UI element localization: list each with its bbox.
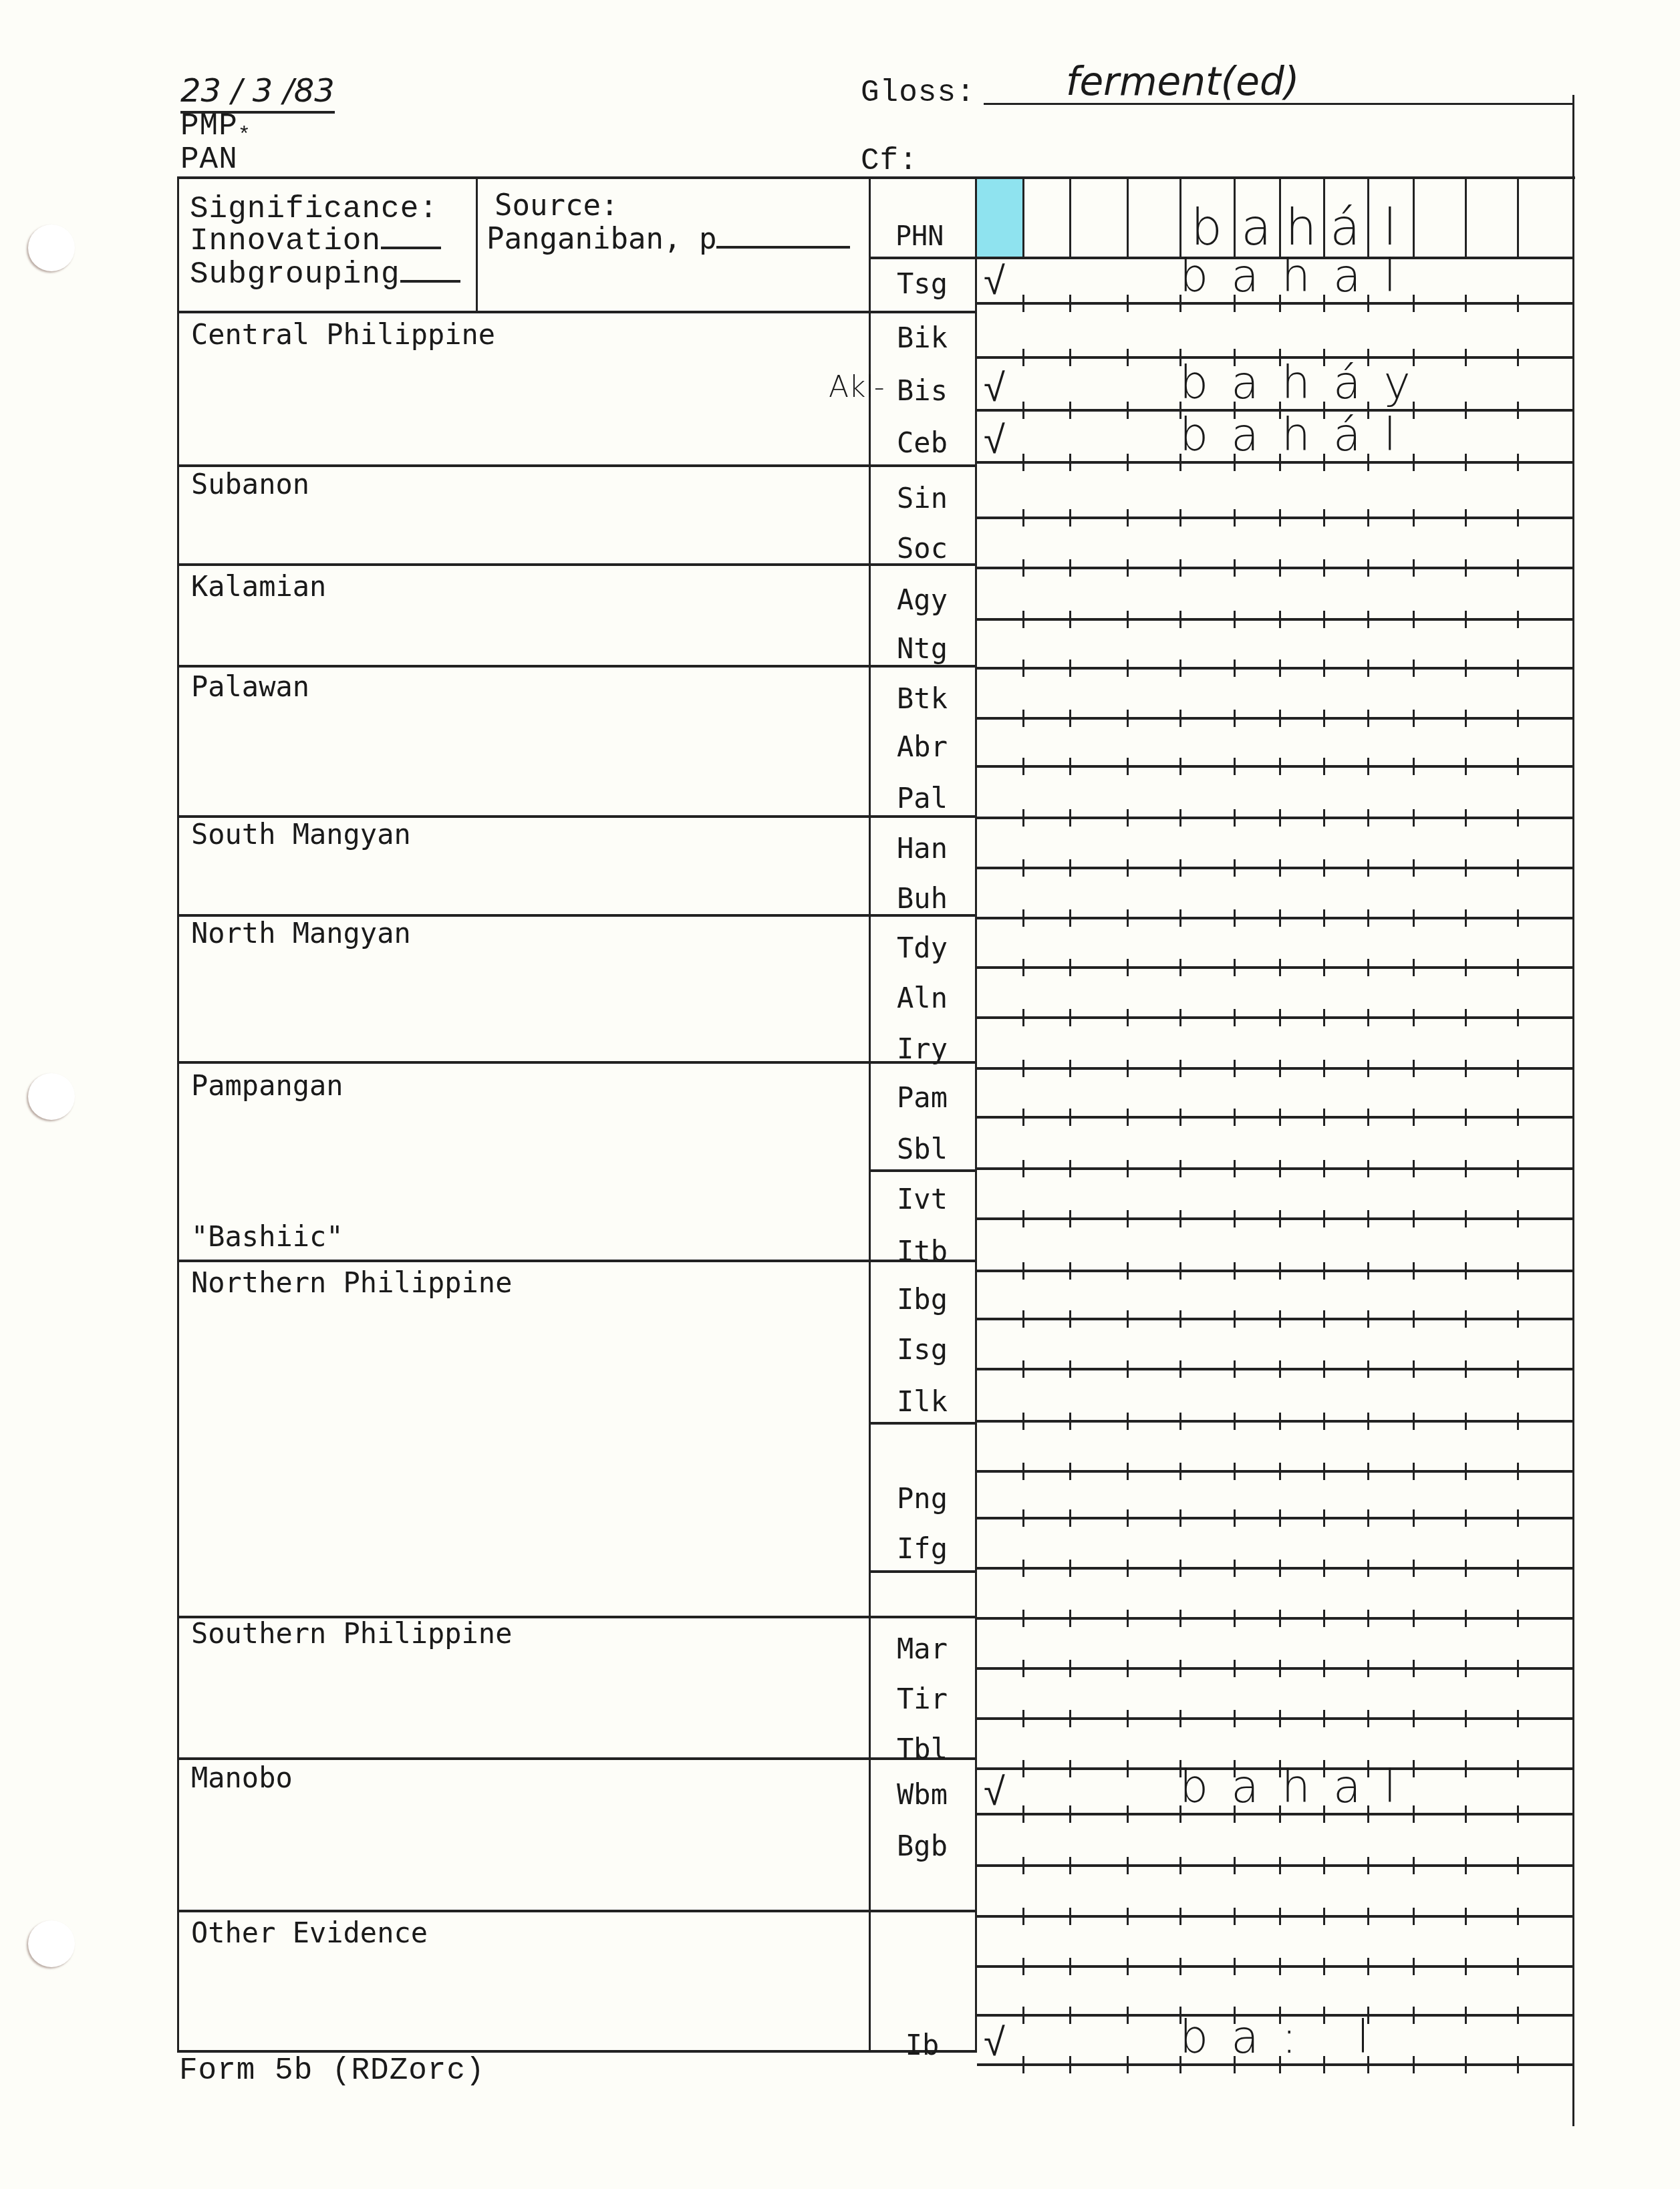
entry-tick bbox=[1323, 809, 1325, 827]
entry-tick bbox=[1413, 611, 1415, 628]
entry-tick bbox=[1069, 1908, 1071, 1925]
entry-tick bbox=[1069, 1509, 1071, 1527]
entry-tick bbox=[1367, 758, 1369, 775]
entry-tick bbox=[1069, 1710, 1071, 1727]
entry-line[interactable] bbox=[977, 1470, 1574, 1473]
entry-tick bbox=[1465, 1060, 1467, 1077]
entry-tick bbox=[1367, 1610, 1369, 1627]
entry-tick bbox=[1367, 809, 1369, 827]
cognate-form[interactable]: bahal bbox=[1179, 1761, 1419, 1813]
section-divider bbox=[177, 464, 975, 467]
entry-tick bbox=[1279, 559, 1281, 577]
entry-tick bbox=[1069, 809, 1071, 827]
entry-tick bbox=[1022, 509, 1024, 527]
section-label: South Mangyan bbox=[191, 818, 411, 851]
entry-tick bbox=[1234, 758, 1236, 775]
entry-tick bbox=[1022, 660, 1024, 677]
entry-tick bbox=[1465, 1463, 1467, 1480]
entry-tick bbox=[1069, 1160, 1071, 1177]
language-abbr: Buh bbox=[870, 882, 974, 915]
subgrouping-blank[interactable] bbox=[400, 280, 460, 283]
subgrouping-label: Subgrouping bbox=[190, 259, 460, 290]
entry-tick bbox=[1517, 1908, 1519, 1925]
entry-tick bbox=[1413, 859, 1415, 877]
entry-tick bbox=[1323, 1710, 1325, 1727]
entry-tick bbox=[1367, 1560, 1369, 1577]
entry-tick bbox=[1517, 1310, 1519, 1328]
entry-tick bbox=[1234, 1109, 1236, 1126]
entry-tick bbox=[1413, 1310, 1415, 1328]
entry-tick bbox=[1413, 1463, 1415, 1480]
entry-tick bbox=[1323, 1857, 1325, 1874]
entry-tick bbox=[1413, 758, 1415, 775]
entry-tick bbox=[1179, 1060, 1181, 1077]
entry-tick bbox=[1323, 1009, 1325, 1026]
checkmark-icon: √ bbox=[984, 2019, 1005, 2065]
entry-tick bbox=[1022, 1060, 1024, 1077]
abbr-group-divider bbox=[869, 1169, 977, 1172]
entry-tick bbox=[1465, 1210, 1467, 1227]
cognate-form[interactable]: bahal bbox=[1179, 250, 1419, 303]
entry-tick bbox=[1367, 1958, 1369, 1975]
entry-tick bbox=[1022, 1160, 1024, 1177]
section-label: "Bashiic" bbox=[191, 1220, 343, 1253]
entry-tick bbox=[1279, 1060, 1281, 1077]
entry-tick bbox=[1517, 758, 1519, 775]
entry-tick bbox=[1234, 1413, 1236, 1430]
section-label: Palawan bbox=[191, 670, 309, 703]
entry-tick bbox=[1279, 758, 1281, 775]
entry-tick bbox=[1234, 859, 1236, 877]
language-abbr: Bis bbox=[870, 374, 974, 407]
entry-tick bbox=[1413, 809, 1415, 827]
entry-tick bbox=[1517, 2007, 1519, 2024]
entry-tick bbox=[1279, 909, 1281, 927]
entry-tick bbox=[1179, 611, 1181, 628]
entry-tick bbox=[1465, 660, 1467, 677]
entry-tick bbox=[1127, 1560, 1129, 1577]
entry-tick bbox=[1022, 1009, 1024, 1026]
entry-tick bbox=[1323, 1262, 1325, 1280]
entry-tick bbox=[1022, 611, 1024, 628]
pmp-text: PMP bbox=[180, 109, 238, 144]
entry-tick bbox=[1069, 1360, 1071, 1378]
entry-tick bbox=[1465, 1610, 1467, 1627]
entry-tick bbox=[1517, 454, 1519, 471]
form-top-border bbox=[177, 176, 1575, 179]
entry-tick bbox=[1179, 1262, 1181, 1280]
cf-label: Cf: bbox=[861, 146, 918, 176]
entry-tick bbox=[1465, 1262, 1467, 1280]
entry-tick bbox=[1367, 1463, 1369, 1480]
entry-tick bbox=[1279, 710, 1281, 727]
entry-line[interactable] bbox=[977, 817, 1574, 819]
entry-tick bbox=[1279, 1360, 1281, 1378]
language-abbr: Ceb bbox=[870, 426, 974, 459]
phn-letter[interactable]: b bbox=[1179, 199, 1234, 257]
section-divider bbox=[177, 563, 975, 566]
entry-tick bbox=[1127, 454, 1129, 471]
entry-tick bbox=[1127, 1060, 1129, 1077]
entry-tick bbox=[1517, 295, 1519, 312]
entry-tick bbox=[1234, 611, 1236, 628]
entry-tick bbox=[1022, 710, 1024, 727]
entry-tick bbox=[1413, 710, 1415, 727]
entry-tick bbox=[1279, 611, 1281, 628]
innovation-blank[interactable] bbox=[381, 247, 441, 249]
punch-hole bbox=[28, 225, 75, 271]
entry-tick bbox=[1465, 1760, 1467, 1777]
language-abbr: Aln bbox=[870, 982, 974, 1014]
entry-line[interactable] bbox=[977, 1016, 1574, 1019]
section-label: Northern Philippine bbox=[191, 1266, 512, 1299]
entry-tick bbox=[1234, 909, 1236, 927]
entry-tick bbox=[1465, 1710, 1467, 1727]
entry-line[interactable] bbox=[977, 1667, 1574, 1670]
section-label: Southern Philippine bbox=[191, 1617, 512, 1650]
language-abbr: Ntg bbox=[870, 632, 974, 665]
entry-tick bbox=[1279, 1710, 1281, 1727]
entry-tick bbox=[1465, 454, 1467, 471]
phn-cell-divider bbox=[1069, 179, 1071, 257]
entry-line[interactable] bbox=[977, 717, 1574, 720]
entry-tick bbox=[1234, 1610, 1236, 1627]
entry-tick bbox=[1234, 1060, 1236, 1077]
phn-letter[interactable]: h bbox=[1279, 199, 1323, 257]
language-abbr: Tsg bbox=[870, 267, 974, 300]
entry-line[interactable] bbox=[977, 1517, 1574, 1519]
cognate-form[interactable]: bahál bbox=[1179, 409, 1419, 462]
entry-tick bbox=[1022, 402, 1024, 419]
entry-tick bbox=[1517, 1463, 1519, 1480]
entry-tick bbox=[1323, 1560, 1325, 1577]
entry-tick bbox=[1517, 402, 1519, 419]
entry-line[interactable] bbox=[977, 1864, 1574, 1867]
section-label: Subanon bbox=[191, 468, 309, 500]
entry-tick bbox=[1069, 295, 1071, 312]
entry-tick bbox=[1179, 559, 1181, 577]
phn-letter[interactable]: á bbox=[1323, 199, 1367, 257]
entry-tick bbox=[1127, 959, 1129, 976]
entry-tick bbox=[1069, 509, 1071, 527]
entry-line[interactable] bbox=[977, 1567, 1574, 1570]
entry-line[interactable] bbox=[977, 1420, 1574, 1423]
language-abbr: Mar bbox=[870, 1632, 974, 1665]
entry-tick bbox=[1069, 1060, 1071, 1077]
entry-tick bbox=[1517, 1610, 1519, 1627]
punch-hole bbox=[28, 1073, 75, 1120]
entry-line[interactable] bbox=[977, 1318, 1574, 1320]
entry-tick bbox=[1367, 909, 1369, 927]
entry-tick bbox=[1179, 1958, 1181, 1975]
entry-tick bbox=[1517, 1262, 1519, 1280]
entry-tick bbox=[1127, 402, 1129, 419]
gloss-value[interactable]: ferment(ed) bbox=[1066, 59, 1299, 104]
entry-tick bbox=[1179, 1413, 1181, 1430]
entry-tick bbox=[1022, 1958, 1024, 1975]
entry-tick bbox=[1279, 809, 1281, 827]
entry-tick bbox=[1517, 660, 1519, 677]
entry-tick bbox=[1179, 909, 1181, 927]
source-title: Source: bbox=[495, 191, 618, 221]
entry-tick bbox=[1323, 660, 1325, 677]
abbr-group-divider bbox=[869, 1570, 977, 1573]
entry-tick bbox=[1517, 1009, 1519, 1026]
entry-tick bbox=[1323, 859, 1325, 877]
entry-tick bbox=[1367, 1413, 1369, 1430]
entry-tick bbox=[1234, 1160, 1236, 1177]
entry-tick bbox=[1179, 1857, 1181, 1874]
entry-tick bbox=[1517, 559, 1519, 577]
entry-tick bbox=[1367, 559, 1369, 577]
entry-line[interactable] bbox=[977, 765, 1574, 768]
section-label: Other Evidence bbox=[191, 1916, 428, 1949]
phn-cell-divider bbox=[1022, 179, 1024, 257]
entry-tick bbox=[1367, 1908, 1369, 1925]
entry-line[interactable] bbox=[977, 1067, 1574, 1070]
entry-tick bbox=[1517, 1060, 1519, 1077]
entry-tick bbox=[1517, 1857, 1519, 1874]
phn-cell-divider bbox=[1127, 179, 1129, 257]
entry-line[interactable] bbox=[977, 517, 1574, 519]
entry-tick bbox=[1517, 1160, 1519, 1177]
phn-highlight bbox=[977, 179, 1022, 257]
entry-tick bbox=[1127, 2056, 1129, 2073]
entry-tick bbox=[1413, 1509, 1415, 1527]
entry-tick bbox=[1234, 1958, 1236, 1975]
entry-tick bbox=[1413, 509, 1415, 527]
language-abbr: Agy bbox=[870, 583, 974, 616]
entry-tick bbox=[1022, 1310, 1024, 1328]
pmp-label: PMP* bbox=[180, 111, 251, 146]
entry-tick bbox=[1367, 1509, 1369, 1527]
language-abbr: Tir bbox=[870, 1683, 974, 1715]
entry-tick bbox=[1279, 1908, 1281, 1925]
entry-tick bbox=[1069, 758, 1071, 775]
entry-tick bbox=[1234, 1463, 1236, 1480]
entry-tick bbox=[1022, 2056, 1024, 2073]
entry-tick bbox=[1367, 660, 1369, 677]
phn-letter[interactable]: l bbox=[1367, 199, 1413, 257]
language-abbr: Sbl bbox=[870, 1133, 974, 1165]
entry-tick bbox=[1069, 2007, 1071, 2024]
entry-tick bbox=[1367, 1160, 1369, 1177]
entry-tick bbox=[1413, 559, 1415, 577]
entry-tick bbox=[1069, 1413, 1071, 1430]
entry-tick bbox=[1323, 1660, 1325, 1677]
entry-tick bbox=[1069, 1958, 1071, 1975]
entry-tick bbox=[1517, 959, 1519, 976]
entry-tick bbox=[1517, 611, 1519, 628]
language-abbr: Bik bbox=[870, 321, 974, 354]
entry-tick bbox=[1234, 1660, 1236, 1677]
section-divider bbox=[177, 1061, 975, 1064]
language-abbr: Ilk bbox=[870, 1385, 974, 1418]
entry-tick bbox=[1323, 1160, 1325, 1177]
entry-tick bbox=[1413, 1660, 1415, 1677]
entry-line[interactable] bbox=[977, 966, 1574, 969]
section-divider bbox=[177, 665, 975, 668]
entry-tick bbox=[1127, 1509, 1129, 1527]
entry-tick bbox=[1517, 1109, 1519, 1126]
entry-tick bbox=[1069, 1660, 1071, 1677]
entry-tick bbox=[1465, 349, 1467, 366]
entry-tick bbox=[1465, 1805, 1467, 1823]
entry-tick bbox=[1517, 859, 1519, 877]
entry-tick bbox=[1367, 611, 1369, 628]
entry-tick bbox=[1465, 611, 1467, 628]
entry-line[interactable] bbox=[977, 867, 1574, 869]
entry-tick bbox=[1179, 1509, 1181, 1527]
entry-tick bbox=[1127, 559, 1129, 577]
language-abbr: Btk bbox=[870, 682, 974, 715]
phn-cell-divider bbox=[1517, 179, 1519, 257]
entry-tick bbox=[1069, 859, 1071, 877]
cognate-form[interactable]: baháy bbox=[1179, 357, 1433, 410]
entry-line[interactable] bbox=[977, 1217, 1574, 1220]
language-abbr: Tbl bbox=[870, 1733, 974, 1765]
entry-line[interactable] bbox=[977, 1270, 1574, 1272]
entry-tick bbox=[1234, 959, 1236, 976]
asterisk: * bbox=[238, 123, 251, 148]
entry-tick bbox=[1323, 758, 1325, 775]
phn-cell-divider bbox=[1465, 179, 1467, 257]
entry-tick bbox=[1517, 1413, 1519, 1430]
entry-tick bbox=[1465, 402, 1467, 419]
entry-line[interactable] bbox=[977, 1915, 1574, 1918]
phn-label: PHN bbox=[895, 223, 944, 250]
entry-tick bbox=[1517, 1560, 1519, 1577]
entry-tick bbox=[1367, 1857, 1369, 1874]
language-abbr: Bgb bbox=[870, 1830, 974, 1862]
entry-tick bbox=[1413, 1857, 1415, 1874]
entry-tick bbox=[1367, 1109, 1369, 1126]
entry-line[interactable] bbox=[977, 1116, 1574, 1119]
entry-tick bbox=[1517, 909, 1519, 927]
entry-tick bbox=[1127, 1610, 1129, 1627]
entry-tick bbox=[1323, 559, 1325, 577]
entry-tick bbox=[1069, 909, 1071, 927]
entry-tick bbox=[1517, 1210, 1519, 1227]
entry-tick bbox=[1022, 1660, 1024, 1677]
entry-tick bbox=[1517, 1958, 1519, 1975]
entry-tick bbox=[1279, 1958, 1281, 1975]
entry-line[interactable] bbox=[977, 1617, 1574, 1620]
entry-tick bbox=[1179, 809, 1181, 827]
entry-tick bbox=[1127, 1805, 1129, 1823]
cognate-form[interactable]: ba: l bbox=[1179, 2011, 1392, 2064]
entry-tick bbox=[1022, 1610, 1024, 1627]
entry-line[interactable] bbox=[977, 1368, 1574, 1370]
entry-line[interactable] bbox=[977, 1965, 1574, 1968]
entry-tick bbox=[1179, 1360, 1181, 1378]
entry-tick bbox=[1465, 1160, 1467, 1177]
entry-tick bbox=[1323, 1360, 1325, 1378]
entry-line[interactable] bbox=[977, 1717, 1574, 1720]
entry-tick bbox=[1234, 509, 1236, 527]
section-label: Manobo bbox=[191, 1761, 293, 1794]
entry-tick bbox=[1517, 509, 1519, 527]
entry-tick bbox=[1323, 1958, 1325, 1975]
phn-letter[interactable]: a bbox=[1234, 199, 1279, 257]
entry-tick bbox=[1022, 1908, 1024, 1925]
entry-line[interactable] bbox=[977, 567, 1574, 569]
entry-tick bbox=[1234, 1560, 1236, 1577]
entry-tick bbox=[1517, 1360, 1519, 1378]
entry-tick bbox=[1367, 509, 1369, 527]
entry-tick bbox=[1413, 2056, 1415, 2073]
innovation-text: Innovation bbox=[190, 224, 381, 259]
entry-tick bbox=[1069, 349, 1071, 366]
entry-tick bbox=[1069, 1857, 1071, 1874]
language-abbr: Pal bbox=[870, 782, 974, 815]
entry-tick bbox=[1367, 710, 1369, 727]
sig-source-divider bbox=[476, 176, 478, 312]
entry-tick bbox=[1279, 1463, 1281, 1480]
abbr-col-right bbox=[975, 176, 977, 2053]
innovation-label: Innovation bbox=[190, 226, 441, 257]
entry-tick bbox=[1323, 1509, 1325, 1527]
entry-tick bbox=[1323, 1463, 1325, 1480]
entry-line[interactable] bbox=[977, 667, 1574, 670]
entry-tick bbox=[1179, 859, 1181, 877]
entry-tick bbox=[1022, 1760, 1024, 1777]
entry-tick bbox=[1517, 1660, 1519, 1677]
language-abbr: Abr bbox=[870, 730, 974, 763]
entry-tick bbox=[1413, 1958, 1415, 1975]
language-abbr: Soc bbox=[870, 532, 974, 565]
entry-line[interactable] bbox=[977, 618, 1574, 621]
entry-tick bbox=[1179, 1710, 1181, 1727]
entry-tick bbox=[1022, 1710, 1024, 1727]
entry-tick bbox=[1069, 959, 1071, 976]
source-page-blank[interactable] bbox=[716, 246, 850, 249]
entry-tick bbox=[1069, 1310, 1071, 1328]
entry-tick bbox=[1367, 859, 1369, 877]
entry-tick bbox=[1517, 710, 1519, 727]
entry-tick bbox=[1234, 1710, 1236, 1727]
entry-tick bbox=[1465, 1310, 1467, 1328]
entry-tick bbox=[1279, 1610, 1281, 1627]
entry-tick bbox=[1234, 1262, 1236, 1280]
entry-tick bbox=[1413, 1060, 1415, 1077]
entry-tick bbox=[1413, 959, 1415, 976]
entry-tick bbox=[1517, 809, 1519, 827]
entry-tick bbox=[1465, 1009, 1467, 1026]
checkmark-icon: √ bbox=[984, 417, 1005, 462]
entry-tick bbox=[1465, 509, 1467, 527]
language-prefix: Akl- bbox=[829, 370, 885, 404]
entry-tick bbox=[1022, 909, 1024, 927]
entry-tick bbox=[1127, 611, 1129, 628]
entry-line[interactable] bbox=[977, 917, 1574, 919]
entry-line[interactable] bbox=[977, 1167, 1574, 1170]
entry-tick bbox=[1022, 959, 1024, 976]
entry-tick bbox=[1517, 1710, 1519, 1727]
entry-tick bbox=[1179, 1560, 1181, 1577]
entry-tick bbox=[1413, 1262, 1415, 1280]
entry-tick bbox=[1413, 1210, 1415, 1227]
language-abbr: Pam bbox=[870, 1081, 974, 1114]
entry-tick bbox=[1465, 909, 1467, 927]
entry-tick bbox=[1323, 1109, 1325, 1126]
entry-tick bbox=[1069, 559, 1071, 577]
gloss-box-right bbox=[1572, 95, 1574, 2126]
pan-label: PAN bbox=[180, 144, 238, 175]
entry-tick bbox=[1179, 1908, 1181, 1925]
entry-tick bbox=[1127, 1760, 1129, 1777]
entry-tick bbox=[1367, 1710, 1369, 1727]
